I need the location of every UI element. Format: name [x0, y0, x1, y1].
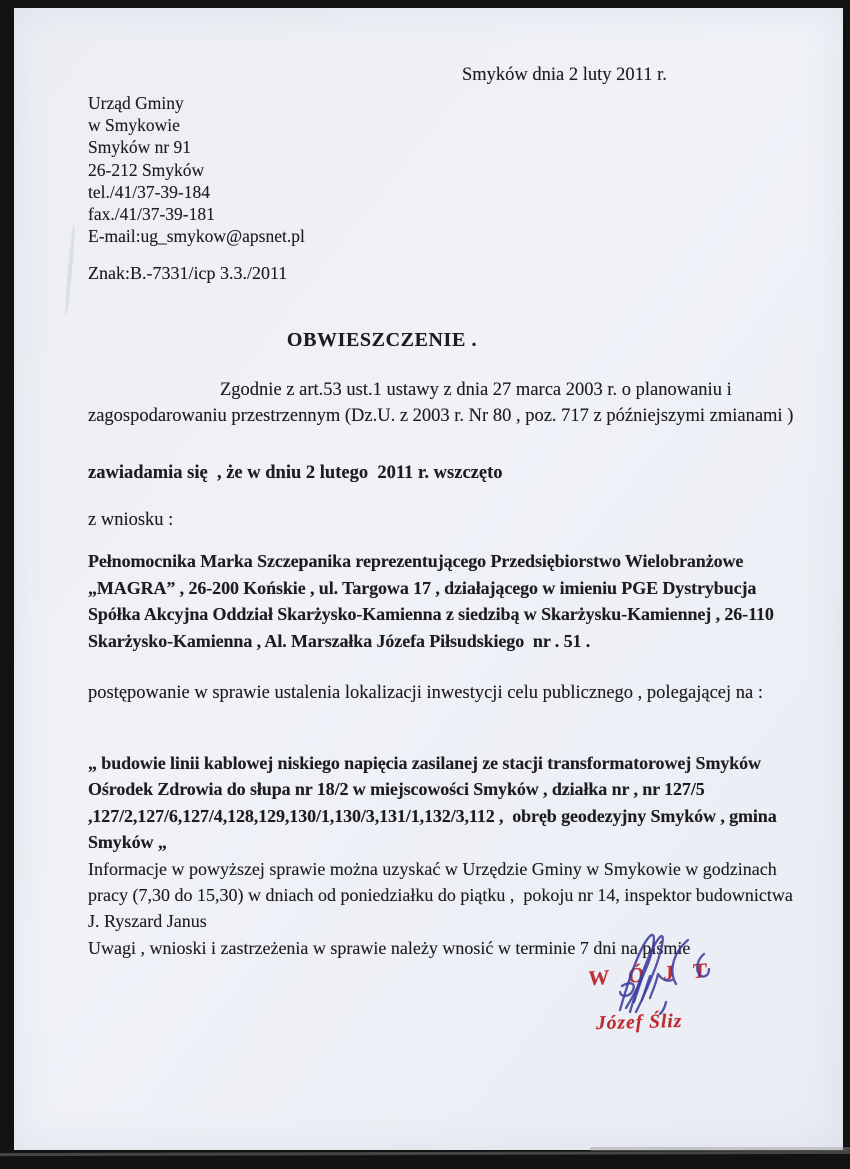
info-paragraph: Informacje w powyższej sprawie można uzy… — [88, 856, 808, 935]
sender-line-organization: Urząd Gminy — [88, 92, 305, 114]
stamp-and-signature-area: W Ó J T Józef Śliz — [574, 926, 814, 1061]
signature-stroke-curl — [697, 954, 709, 976]
reference-number: Znak:B.-7331/icp 3.3./2011 — [88, 263, 287, 284]
application-intro-line: z wniosku : — [88, 510, 173, 531]
sender-address-block: Urząd Gminy w Smykowie Smyków nr 91 26-2… — [88, 92, 305, 247]
signature-stroke-squiggle-4 — [650, 974, 672, 998]
mayor-name-stamp: Józef Śliz — [596, 1011, 683, 1035]
proceeding-paragraph: postępowanie w sprawie ustalenia lokaliz… — [88, 680, 804, 706]
signature-stroke-squiggle-3 — [642, 976, 650, 1000]
sender-line-phone: tel./41/37-39-184 — [88, 181, 305, 203]
sender-line-street: Smyków nr 91 — [88, 136, 305, 158]
document-title: OBWIESZCZENIE . — [14, 329, 750, 352]
sender-line-postal: 26-212 Smyków — [88, 159, 305, 181]
applicant-paragraph: Pełnomocnika Marka Szczepanika reprezent… — [88, 548, 810, 654]
scan-artifact-streak — [64, 224, 76, 316]
sender-line-locality: w Smykowie — [88, 114, 305, 136]
sender-line-email: E-mail:ug_smykow@apsnet.pl — [88, 225, 305, 247]
scanned-document-screenshot: { "doc": { "date_line": "Smyków dnia 2 l… — [0, 0, 850, 1169]
notification-line: zawiadamia się , że w dniu 2 lutego 2011… — [88, 463, 503, 484]
signature-stroke-arc — [672, 940, 688, 984]
legal-basis-paragraph: Zgodnie z art.53 ust.1 ustawy z dnia 27 … — [88, 377, 804, 430]
scan-frame-streak-bottom-right — [590, 1147, 850, 1151]
scan-frame-streak-bottom — [0, 1151, 850, 1156]
signature-stroke-loop-1 — [620, 935, 654, 1010]
document-page: Smyków dnia 2 luty 2011 r. Urząd Gminy w… — [14, 8, 843, 1150]
date-line: Smyków dnia 2 luty 2011 r. — [462, 65, 667, 86]
investment-description-paragraph: „ budowie linii kablowej niskiego napięc… — [88, 750, 826, 855]
sender-line-fax: fax./41/37-39-181 — [88, 203, 305, 225]
